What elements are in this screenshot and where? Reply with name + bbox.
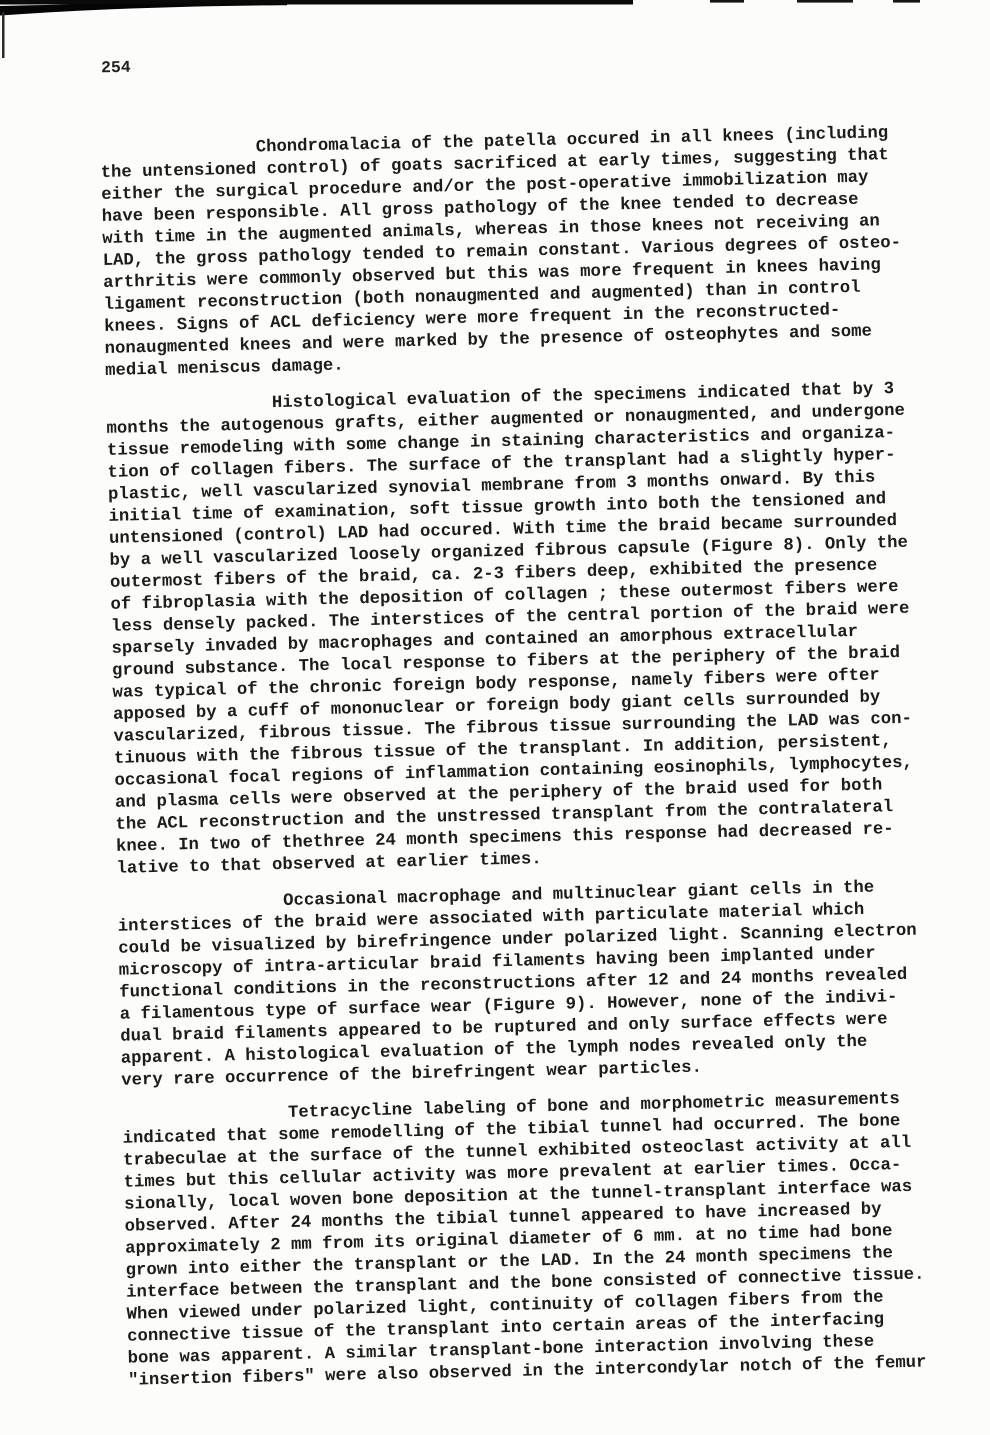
paragraph-histological-evaluation: Histological evaluation of the specimens… — [106, 378, 962, 881]
document-text: Chondromalacia of the patella occured in… — [100, 122, 974, 1407]
paragraph-chondromalacia: Chondromalacia of the patella occured in… — [100, 122, 950, 383]
page-number: 254 — [101, 58, 131, 77]
paragraph-macrophage-wear: Occasional macrophage and multinuclear g… — [117, 876, 966, 1093]
scan-top-bar — [0, 0, 633, 5]
scan-left-edge-mark — [2, 12, 5, 58]
scan-edge-artifacts — [0, 0, 990, 80]
scan-top-dash — [710, 0, 744, 3]
scanned-document-page: 254 Chondromalacia of the patella occure… — [0, 0, 990, 1435]
scan-top-dash — [797, 0, 853, 3]
scan-top-dash — [893, 0, 920, 3]
paragraph-tetracycline-labeling: Tetracycline labeling of bone and morpho… — [122, 1088, 973, 1393]
scan-diagonal-streak — [0, 4, 287, 16]
